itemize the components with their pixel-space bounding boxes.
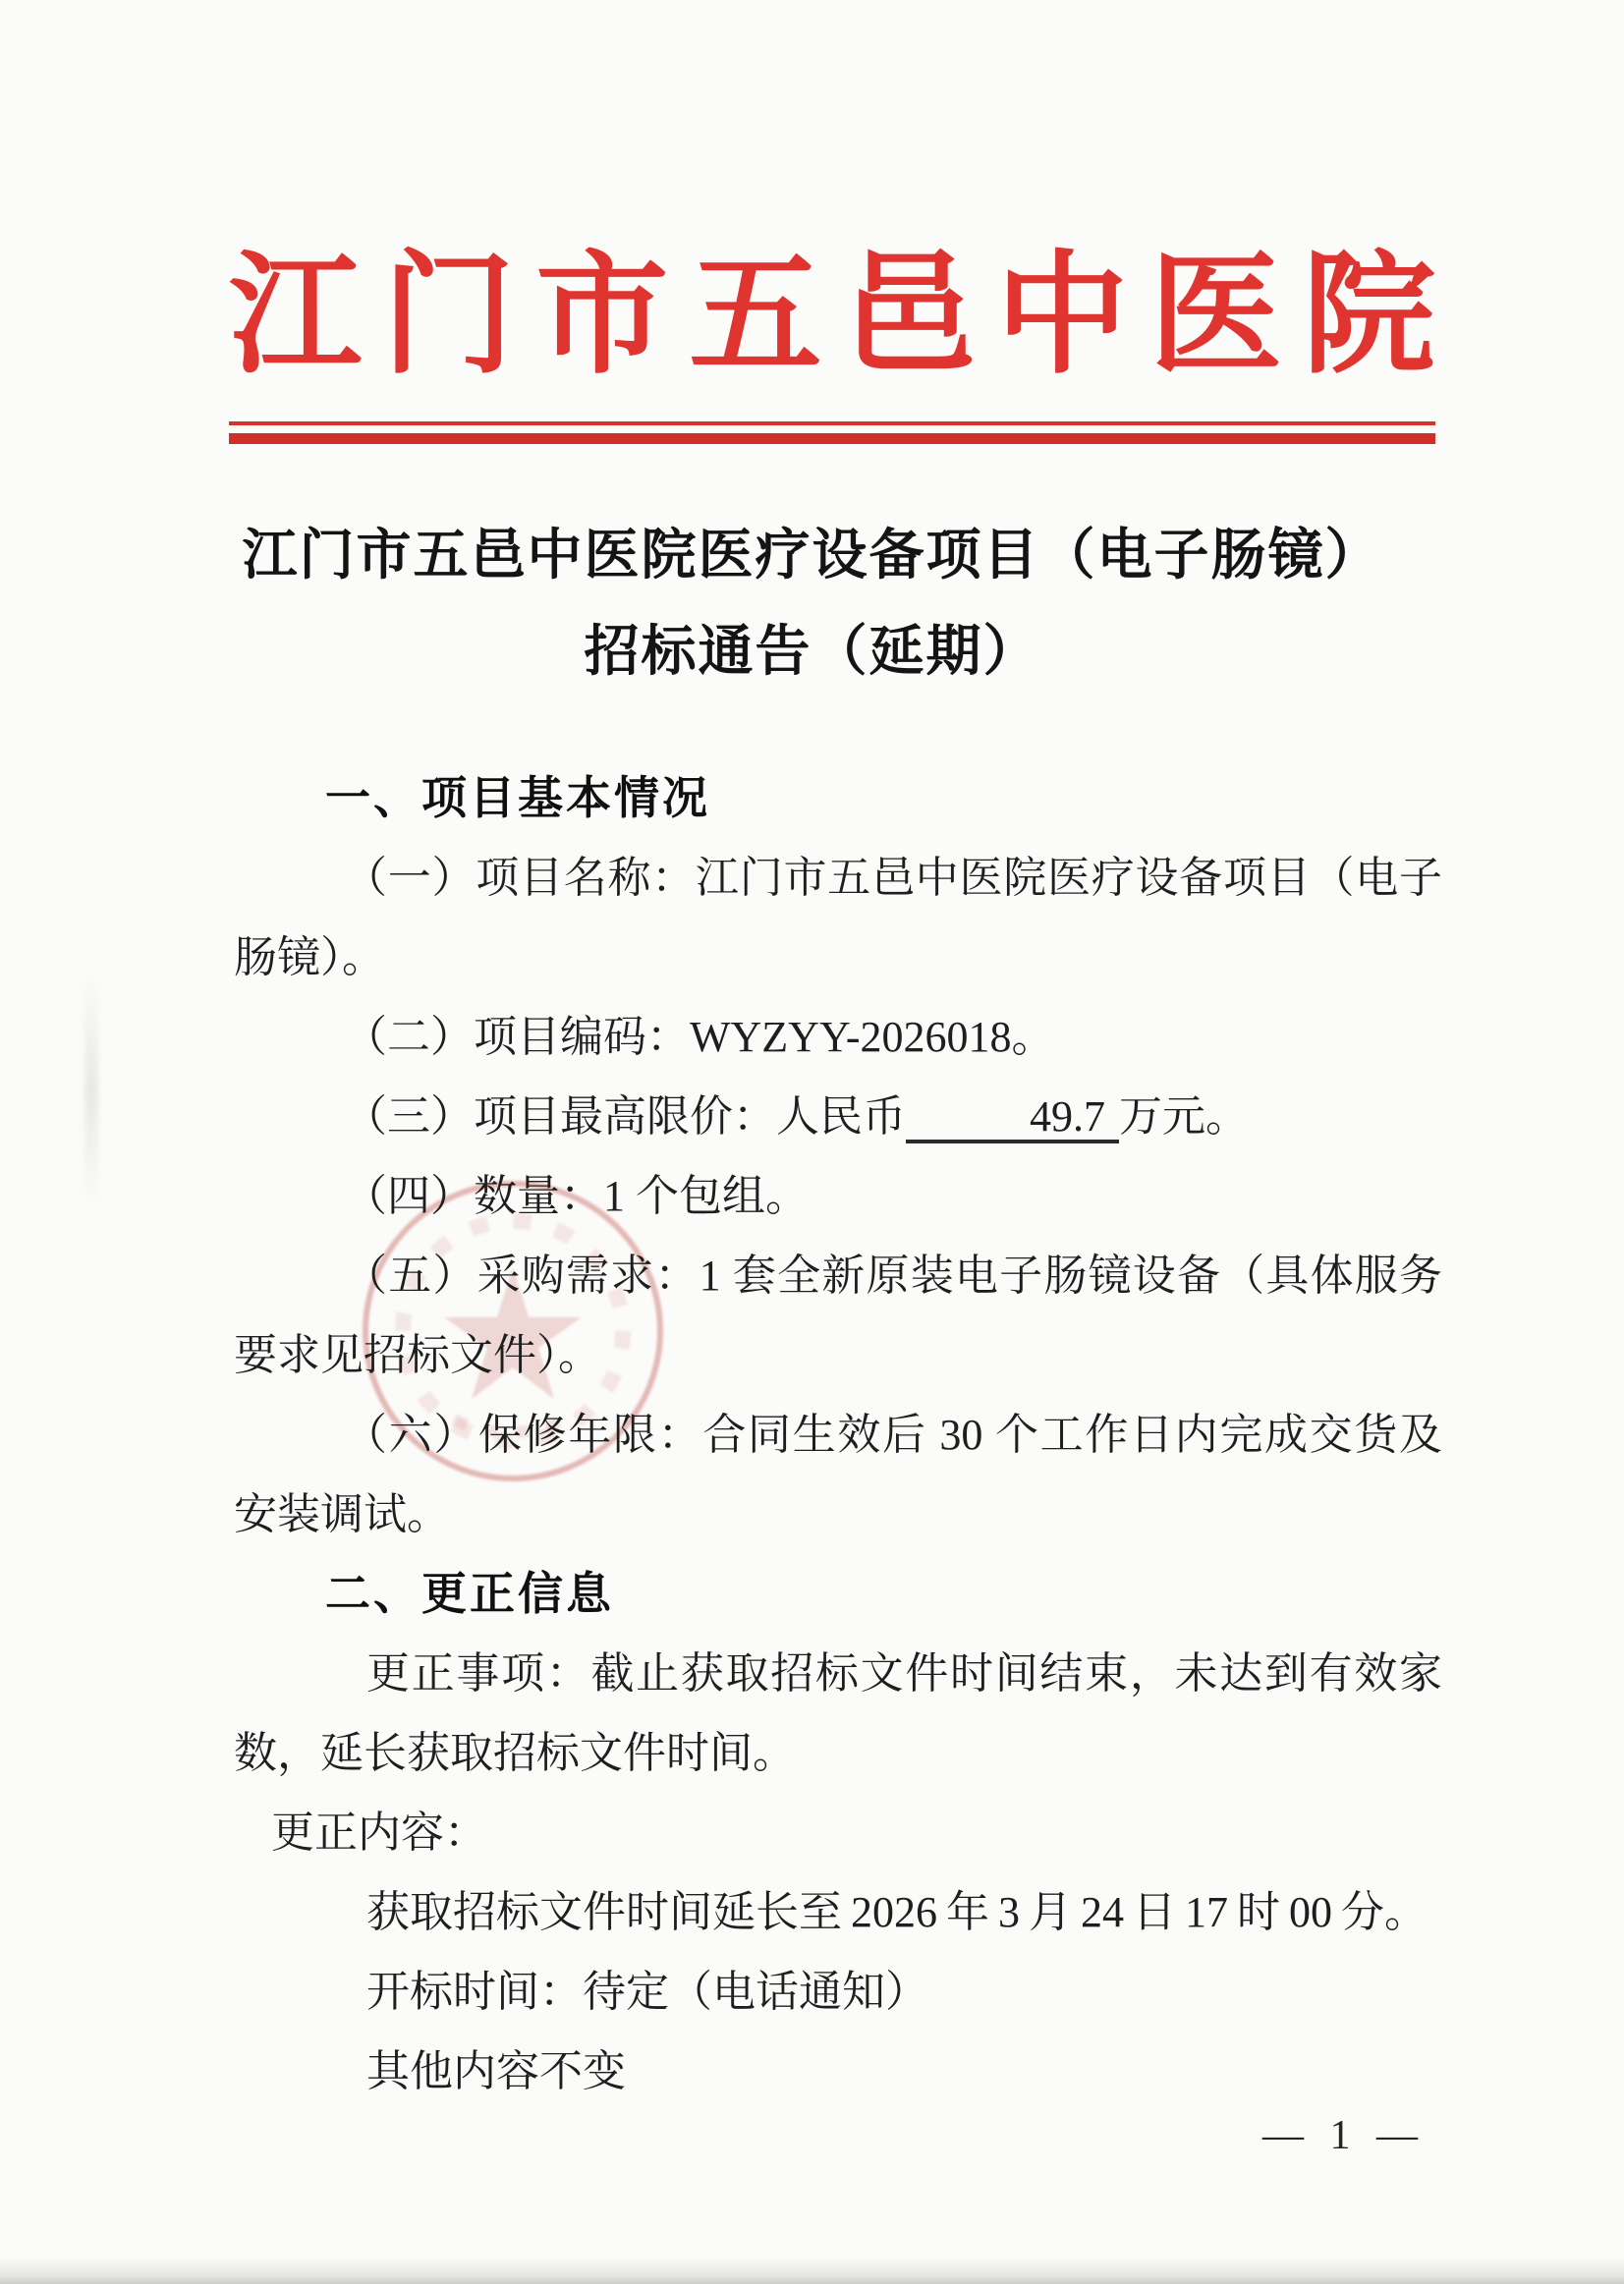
letterhead-hospital-name: 江门市五邑中医院 [229, 236, 1435, 398]
max-price-value: 49.7 [906, 1094, 1119, 1143]
document-title: 江门市五邑中医院医疗设备项目（电子肠镜） 招标通告（延期） [0, 507, 1624, 699]
page-number: — 1 — [1262, 2112, 1426, 2159]
paragraph-procurement: （五）采购需求：1 套全新原装电子肠镜设备（具体服务要求见招标文件）。 [234, 1236, 1442, 1395]
paragraph-correction-content-label: 更正内容： [234, 1793, 1442, 1872]
section-heading-correction: 二、更正信息 [234, 1554, 1442, 1634]
paragraph-project-name: （一）项目名称：江门市五邑中医院医疗设备项目（电子肠镜）。 [234, 838, 1442, 997]
letterhead-divider [229, 421, 1435, 444]
document-title-line2: 招标通告（延期） [0, 603, 1624, 699]
paragraph-bid-opening: 开标时间：待定（电话通知） [234, 1952, 1442, 2032]
paragraph-warranty: （六）保修年限：合同生效后 30 个工作日内完成交货及安装调试。 [234, 1395, 1442, 1554]
document-page: 江门市五邑中医院 江门市五邑中医院医疗设备项目（电子肠镜） 招标通告（延期） 一… [0, 0, 1624, 2284]
paragraph-quantity: （四）数量：1 个包组。 [234, 1156, 1442, 1236]
max-price-prefix: （三）项目最高限价：人民币 [344, 1092, 906, 1141]
paragraph-new-deadline: 获取招标文件时间延长至 2026 年 3 月 24 日 17 时 00 分。 [234, 1872, 1442, 1952]
divider-thick-line [229, 433, 1435, 444]
paragraph-correction-item: 更正事项：截止获取招标文件时间结束，未达到有效家数，延长获取招标文件时间。 [234, 1634, 1442, 1793]
section-heading-basic-info: 一、项目基本情况 [234, 758, 1442, 838]
document-body: 一、项目基本情况 （一）项目名称：江门市五邑中医院医疗设备项目（电子肠镜）。 （… [234, 758, 1442, 2111]
scan-artifact-streak [84, 973, 98, 1208]
paragraph-other-note: 其他内容不变 [234, 2032, 1442, 2111]
scan-shadow-bottom [0, 2256, 1624, 2284]
max-price-suffix: 万元。 [1119, 1092, 1249, 1141]
document-title-line1: 江门市五邑中医院医疗设备项目（电子肠镜） [0, 507, 1624, 603]
paragraph-max-price: （三）项目最高限价：人民币49.7万元。 [234, 1077, 1442, 1156]
paragraph-project-code: （二）项目编码：WYZYY-2026018。 [234, 997, 1442, 1077]
